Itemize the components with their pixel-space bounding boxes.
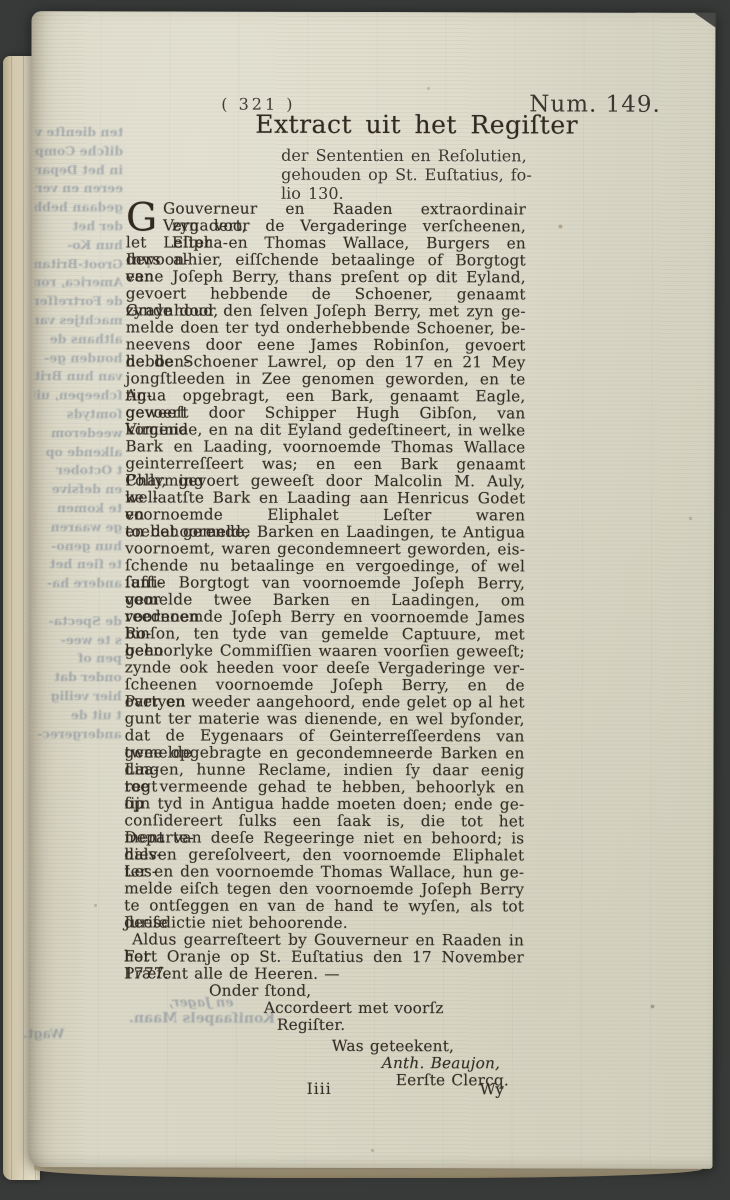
foxing-specks [0, 0, 1, 1]
bleedthrough-line: machtjes van [35, 311, 123, 330]
body-line: Præſent alle de Heeren. — [124, 965, 524, 983]
document-body: Gouverneur en Raaden extraordinair Verga… [124, 200, 526, 1089]
bleedthrough-line: weederom [34, 424, 122, 443]
bleedthrough-line: van hun Brit- [35, 367, 123, 386]
bleedthrough-line: hier veilig [34, 687, 122, 706]
page-corner-fold [692, 12, 716, 29]
bleedthrough-line: pen of [34, 649, 122, 668]
bleedthrough-line: onder dat [34, 668, 122, 687]
bleedthrough-line: de Specta- [34, 612, 122, 631]
bleedthrough-line: andergerec- [34, 725, 122, 744]
bleedthrough-line: diſche Compag- [35, 142, 123, 161]
bleedthrough-line: gedaan hebben [35, 198, 123, 217]
signature-mark: Iiii [307, 1080, 332, 1098]
bleedthrough-line: der het [35, 217, 123, 236]
catchword-line: Iiii Wy [124, 1079, 524, 1097]
bleedthrough-line: hun geno- [34, 537, 122, 556]
body-line: Regiſter. [277, 1017, 524, 1035]
bleedthrough-line: andere ha- [34, 574, 122, 593]
bleedthrough-line: althans de [35, 330, 123, 349]
bleedthrough-line: alkende op [34, 443, 122, 462]
document-subtitle-line: gehouden op St. Euſtatius, fo- [281, 165, 532, 185]
bleedthrough-line: t uit de [34, 706, 122, 725]
catchword: Wy [480, 1080, 504, 1098]
body-line: Anth. Beaujon, [382, 1055, 524, 1072]
bleedthrough-line: in het Departement [35, 161, 123, 180]
bleedthrough-line [34, 593, 122, 612]
bleedthrough-line: te komen [34, 499, 122, 518]
bleedthrough-line: hun Ko- [35, 236, 123, 255]
bleedthrough-line: Groot-Britan- [35, 255, 123, 274]
bleedthrough-line: America, rond [35, 273, 123, 292]
bleedthrough-line: ſomtyds [34, 405, 122, 424]
bleedthrough-line: s te wee- [34, 631, 122, 650]
bleedthrough-line: ſcheepen, uit- [34, 386, 122, 405]
bleedthrough-stamp: Wagt. [23, 1027, 65, 1042]
bleedthrough-stamps: en Jager,Koniſaapels Maan.Wagt. [32, 11, 716, 13]
document-subtitle-line: der Sententien en Reſolutien, [281, 146, 532, 166]
bleedthrough-line: eeren en verklaa- [35, 180, 123, 199]
document-page: ten dienſte vandiſche Compag-in het Depa… [28, 11, 715, 1169]
document-title: Extract uit het Regiſter [255, 110, 578, 140]
bleedthrough-line: ge waaren [34, 518, 122, 537]
bleedthrough-margin: ten dienſte vandiſche Compag-in het Depa… [34, 123, 124, 744]
bleedthrough-line: te ſien het [34, 555, 122, 574]
bleedthrough-line: en defsive [34, 480, 122, 499]
bleedthrough-line: houden ge- [35, 349, 123, 368]
body-line: Was geteekent, [332, 1038, 524, 1056]
scan-background: ten dienſte vandiſche Compag-in het Depa… [0, 0, 730, 1200]
body-line: Onder ſtond, [209, 983, 524, 1001]
bleedthrough-line: de Fortreſſen [35, 292, 123, 311]
bleedthrough-line: t October [34, 461, 122, 480]
body-line: Accordeert met voorſz [264, 1000, 524, 1018]
bleedthrough-line: ten dienſte van [35, 123, 123, 142]
document-subtitle: der Sententien en Reſolutien, gehouden o… [281, 146, 532, 204]
